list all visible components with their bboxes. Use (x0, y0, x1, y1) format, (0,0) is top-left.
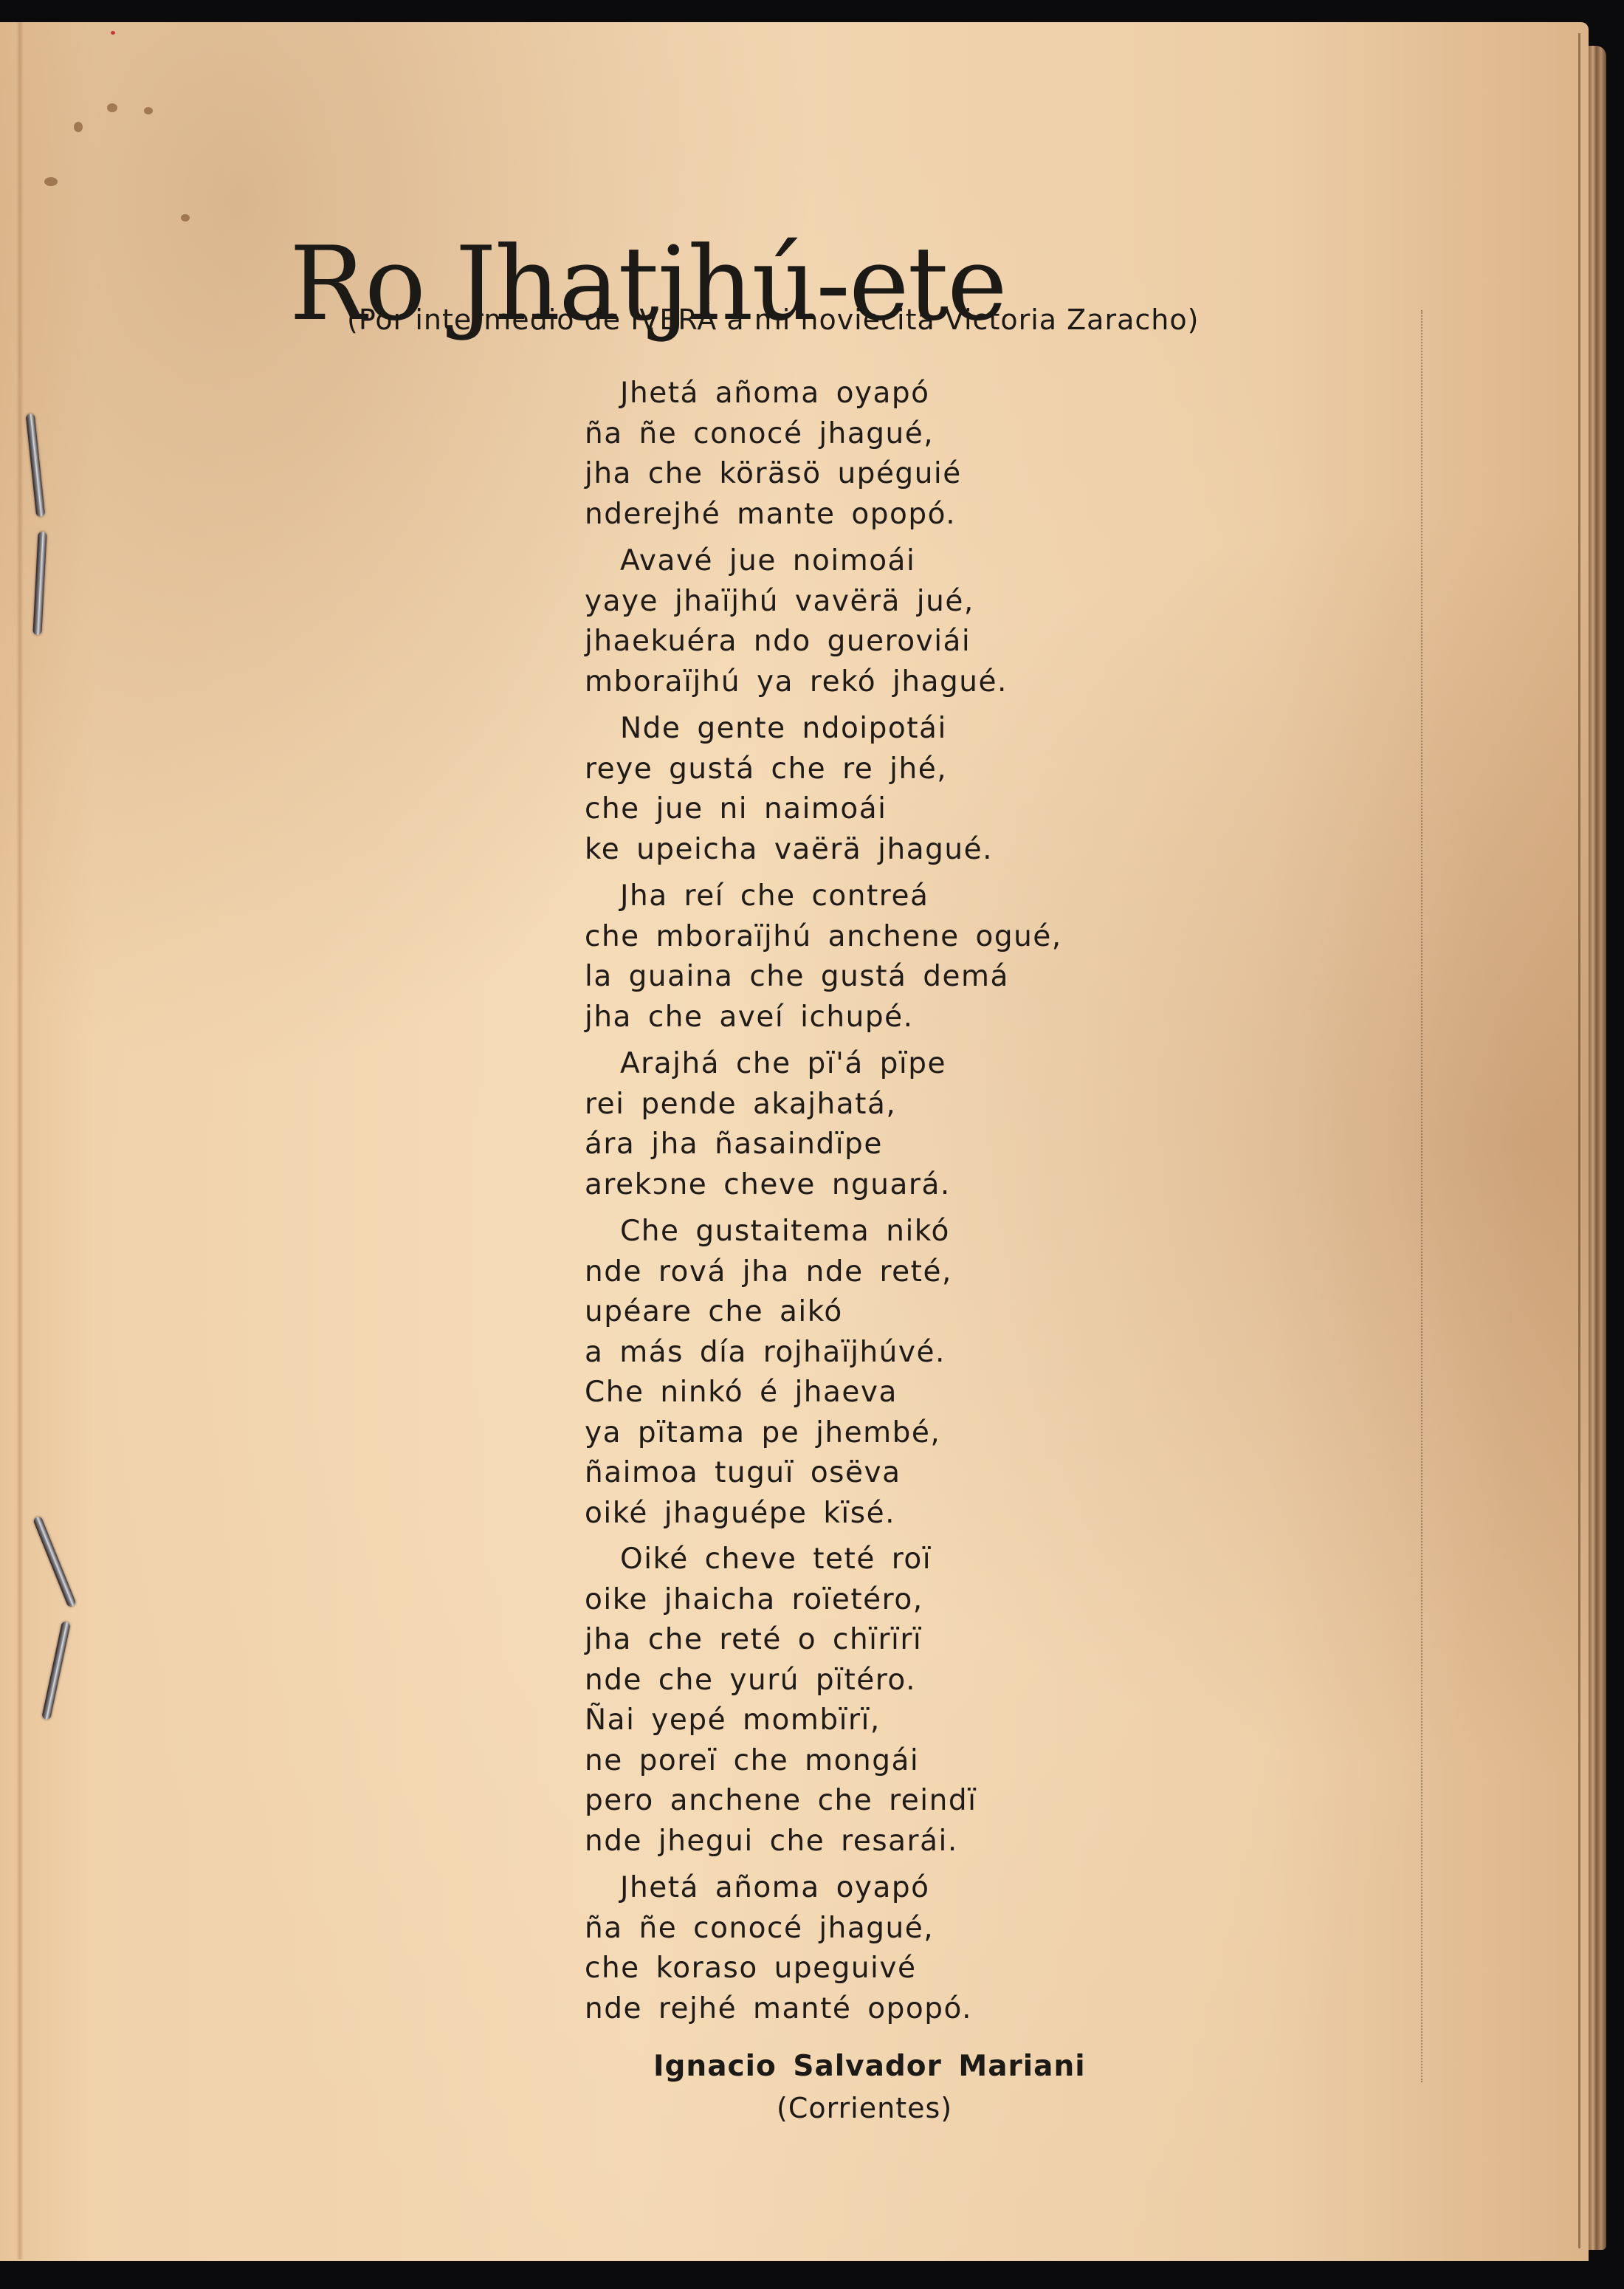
author-name: Ignacio Salvador Mariani (653, 2047, 1086, 2087)
foxing-spot (107, 103, 117, 112)
poem-line: jha che reté o chïrïrï (585, 1620, 977, 1661)
foxing-spot (111, 31, 115, 35)
stanza: Jhetá añoma oyapó ña ñe conocé jhagué, c… (585, 1868, 972, 2029)
foxing-spot (44, 177, 58, 186)
page-edge-line (1578, 33, 1580, 2248)
stanza: Jhetá añoma oyapó ña ñe conocé jhagué, j… (585, 374, 962, 535)
poem-line: che mboraïjhú anchene ogué, (585, 917, 1062, 958)
poem-line: arekɔne cheve nguará. (585, 1165, 951, 1206)
foxing-spot (74, 122, 83, 132)
show-through-line (1421, 310, 1424, 2082)
poem-line: a más día rojhaïjhúvé. (585, 1333, 952, 1373)
poem-line: pero anchene che reindï (585, 1781, 977, 1822)
page-edge-stack (1589, 46, 1606, 2250)
poem-line: Che ninkó é jhaeva (585, 1373, 952, 1413)
poem-line: mboraïjhú ya rekó jhagué. (585, 662, 1008, 703)
poem-line: Nde gente ndoipotái (585, 709, 993, 749)
poem-line: Jha reí che contreá (585, 876, 1062, 917)
poem-line: upéare che aikó (585, 1292, 952, 1333)
stanza: Jha reí che contreá che mboraïjhú anchen… (585, 876, 1062, 1037)
poem-line: Che gustaitema nikó (585, 1212, 952, 1252)
poem-line: ára jha ñasaindïpe (585, 1125, 951, 1165)
poem-line: Ñai yepé mombïrï, (585, 1701, 977, 1741)
poem-line: reye gustá che re jhé, (585, 749, 993, 790)
poem-line: nde jhegui che resarái. (585, 1822, 977, 1862)
poem-line: ñaimoa tuguï osëva (585, 1453, 952, 1494)
poem-line: oiké jhaguépe kïsé. (585, 1494, 952, 1534)
stanza: Avavé jue noimoái yaye jhaïjhú vavërä ju… (585, 541, 1008, 702)
stanza: Arajhá che pï'á pïpe rei pende akajhatá,… (585, 1044, 951, 1205)
author-location: (Corrientes) (777, 2088, 952, 2128)
poem-line: ña ñe conocé jhagué, (585, 414, 962, 455)
poem-line: nde rová jha nde reté, (585, 1252, 952, 1293)
poem-line: yaye jhaïjhú vavërä jué, (585, 582, 1008, 622)
stanza: Oiké cheve teté roï oike jhaicha roïetér… (585, 1540, 977, 1861)
poem-line: oike jhaicha roïetéro, (585, 1580, 977, 1621)
poem-line: ne poreï che mongái (585, 1741, 977, 1782)
poem-line: Avavé jue noimoái (585, 541, 1008, 582)
poem-line: Arajhá che pï'á pïpe (585, 1044, 951, 1085)
poem-line: la guaina che gustá demá (585, 957, 1062, 998)
poem-line: nde rejhé manté opopó. (585, 1989, 972, 2030)
poem-line: che koraso upeguivé (585, 1949, 972, 1989)
poem-line: Oiké cheve teté roï (585, 1540, 977, 1580)
poem-line: che jue ni naimoái (585, 789, 993, 830)
poem-line: ña ñe conocé jhagué, (585, 1909, 972, 1949)
poem-line: jha che köräsö upéguié (585, 454, 962, 495)
poem-line: ke upeicha vaërä jhagué. (585, 830, 993, 871)
poem-line: jha che aveí ichupé. (585, 998, 1062, 1038)
spine-crease (16, 22, 24, 2259)
dedication-subtitle: (Por intermedio de IVERÁ a mi noviecita … (347, 301, 1199, 338)
foxing-spot (181, 214, 190, 222)
poem-line: ya pïtama pe jhembé, (585, 1413, 952, 1454)
stanza: Che gustaitema nikó nde rová jha nde ret… (585, 1212, 952, 1534)
poem-line: jhaekuéra ndo gueroviái (585, 622, 1008, 662)
poem-line: Jhetá añoma oyapó (585, 374, 962, 414)
poem-line: nde che yurú pïtéro. (585, 1661, 977, 1701)
poem-line: nderejhé mante opopó. (585, 495, 962, 535)
stanza: Nde gente ndoipotái reye gustá che re jh… (585, 709, 993, 870)
poem-line: rei pende akajhatá, (585, 1085, 951, 1125)
poem-line: Jhetá añoma oyapó (585, 1868, 972, 1909)
foxing-spot (144, 107, 153, 114)
